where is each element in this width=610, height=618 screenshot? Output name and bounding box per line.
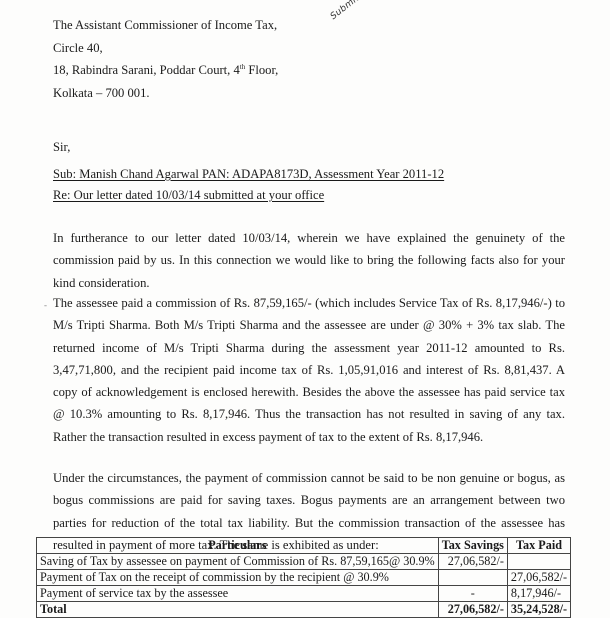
table-row: Payment of Tax on the receipt of commiss…	[37, 570, 571, 586]
header-tax-paid: Tax Paid	[507, 538, 570, 554]
salutation: Sir,	[53, 140, 70, 155]
cell-total-tax-savings: 27,06,582/-	[438, 602, 507, 618]
subject-block: Sub: Manish Chand Agarwal PAN: ADAPA8173…	[53, 164, 444, 206]
address-line-2: Circle 40,	[53, 37, 278, 60]
reference-line: Re: Our letter dated 10/03/14 submitted …	[53, 185, 444, 206]
paragraph-1: In furtherance to our letter dated 10/03…	[53, 227, 565, 294]
cell-tax-savings	[438, 570, 507, 586]
address-line-4: Kolkata – 700 001.	[53, 82, 278, 105]
recipient-address: The Assistant Commissioner of Income Tax…	[53, 14, 278, 104]
cell-particulars: Payment of Tax on the receipt of commiss…	[37, 570, 439, 586]
subject-line: Sub: Manish Chand Agarwal PAN: ADAPA8173…	[53, 164, 444, 185]
address-line-1: The Assistant Commissioner of Income Tax…	[53, 14, 278, 37]
margin-mark: -	[44, 300, 47, 310]
table-row: Payment of service tax by the assessee -…	[37, 586, 571, 602]
cell-tax-paid: 27,06,582/-	[507, 570, 570, 586]
header-particulars: Particulars	[37, 538, 439, 554]
cell-total-tax-paid: 35,24,528/-	[507, 602, 570, 618]
cell-particulars: Saving of Tax by assessee on payment of …	[37, 554, 439, 570]
table-header-row: Particulars Tax Savings Tax Paid	[37, 538, 571, 554]
letter-page: Submitted The Assistant Commissioner of …	[0, 0, 610, 618]
address-line-3: 18, Rabindra Sarani, Poddar Court, 4th F…	[53, 59, 278, 82]
cell-tax-paid	[507, 554, 570, 570]
paragraph-2: The assessee paid a commission of Rs. 87…	[53, 292, 565, 448]
cell-total-label: Total	[37, 602, 439, 618]
handwritten-annotation: Submitted	[329, 0, 374, 22]
cell-tax-savings: 27,06,582/-	[438, 554, 507, 570]
tax-summary-table: Particulars Tax Savings Tax Paid Saving …	[36, 537, 571, 618]
cell-tax-paid: 8,17,946/-	[507, 586, 570, 602]
table-total-row: Total 27,06,582/- 35,24,528/-	[37, 602, 571, 618]
table-row: Saving of Tax by assessee on payment of …	[37, 554, 571, 570]
header-tax-savings: Tax Savings	[438, 538, 507, 554]
cell-tax-savings: -	[438, 586, 507, 602]
cell-particulars: Payment of service tax by the assessee	[37, 586, 439, 602]
